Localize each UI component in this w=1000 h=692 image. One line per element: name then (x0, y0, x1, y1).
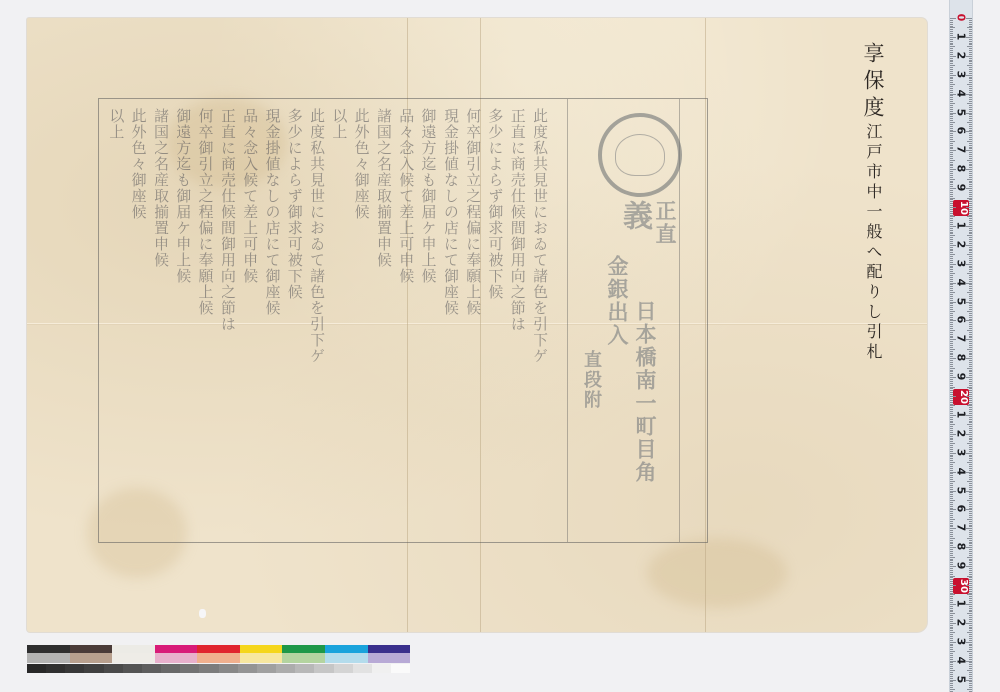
ruler-tick (969, 243, 972, 244)
ruler-tick (969, 116, 972, 117)
ruler-tick (969, 473, 972, 474)
ruler-tick (950, 249, 953, 250)
ruler-tick (950, 182, 953, 183)
ruler-tick (950, 319, 953, 320)
ruler-tick (950, 75, 956, 76)
ruler-tick (969, 534, 972, 535)
ruler-tick (969, 99, 972, 100)
ruler-tick (950, 320, 956, 321)
ruler-tick (969, 400, 972, 401)
ruler-tick (969, 222, 972, 223)
ruler-tick (969, 315, 972, 316)
ruler-tick (969, 498, 972, 499)
ruler-tick (969, 421, 972, 422)
ruler-tick (950, 283, 956, 284)
ruler-tick (969, 441, 972, 442)
ruler-tick (969, 562, 972, 563)
ruler-tick (950, 152, 953, 153)
ruler-tick (969, 213, 972, 214)
ruler-tick (950, 71, 953, 72)
ruler-tick (969, 627, 972, 628)
ruler-tick (950, 623, 956, 624)
ruler-tick (969, 250, 972, 251)
ruler-tick (950, 171, 953, 172)
ruler-tick (969, 354, 972, 355)
ruler-tick (969, 73, 972, 74)
ruler-tick (969, 356, 972, 357)
ruler-tick (950, 468, 953, 469)
ruler-tick (950, 92, 953, 93)
ruler-tick (950, 237, 953, 238)
ruler-tick (966, 358, 972, 359)
ruler-tick (969, 470, 972, 471)
ruler-tick (969, 54, 972, 55)
ruler-tick (969, 664, 972, 665)
ruler-tick (950, 190, 953, 191)
ruler-tick (950, 664, 953, 665)
ruler-tick (967, 311, 972, 312)
ruler-tick (966, 661, 972, 662)
ruler-tick (950, 447, 953, 448)
ruler-tick (969, 596, 972, 597)
ruler-tick (950, 20, 953, 21)
ruler-tick (969, 258, 972, 259)
ruler-tick (950, 343, 953, 344)
ruler-tick (969, 517, 972, 518)
ruler-tick (950, 188, 956, 189)
ruler-tick (950, 604, 956, 605)
ruler-tick (950, 177, 953, 178)
body-column: 多少によらず御求可被下候 (288, 108, 304, 528)
ruler-tick (950, 317, 953, 318)
ruler-tick (969, 288, 972, 289)
ruler-tick (969, 593, 972, 594)
body-text: 此度私共見世におゐて諸色を引下ゲ 正直に商売仕候間御用向之節は 多少によらず御求… (110, 108, 550, 528)
ruler-tick (969, 587, 972, 588)
ruler-tick (969, 294, 972, 295)
color-swatch (240, 645, 283, 653)
ruler-tick (966, 434, 972, 435)
body-column: 正直に商売仕候間御用向之節は (222, 108, 238, 528)
ruler-tick (969, 209, 972, 210)
ruler-tick (950, 63, 953, 64)
ruler-tick (969, 177, 972, 178)
color-swatch (70, 653, 113, 663)
ruler-tick (950, 192, 953, 193)
ruler-tick (950, 572, 953, 573)
ruler-tick (950, 262, 953, 263)
ruler-tick (966, 150, 972, 151)
ruler-tick (966, 509, 972, 510)
ruler-tick (969, 634, 972, 635)
ruler-tick (950, 370, 953, 371)
ruler-tick (967, 443, 972, 444)
ruler-tick (950, 464, 953, 465)
ruler-tick (969, 313, 972, 314)
ruler-tick (950, 294, 953, 295)
ruler-tick (969, 577, 972, 578)
ruler-tick (969, 645, 972, 646)
ruler-tick (969, 504, 972, 505)
ruler-tick (967, 273, 972, 274)
ruler-tick (950, 222, 953, 223)
ruler-tick (969, 190, 972, 191)
color-swatch (325, 653, 368, 663)
ruler-tick (969, 449, 972, 450)
gray-swatch (161, 664, 180, 673)
ruler-tick (969, 249, 972, 250)
ruler-tick (967, 330, 972, 331)
color-swatch (368, 645, 411, 653)
ruler-tick (969, 390, 972, 391)
ruler-tick (950, 258, 953, 259)
ruler-tick (969, 317, 972, 318)
gray-swatch (334, 664, 353, 673)
ruler-tick (969, 419, 972, 420)
ruler-tick (950, 417, 953, 418)
ruler-tick (967, 538, 972, 539)
ruler-tick (950, 668, 953, 669)
ruler-tick (950, 24, 953, 25)
ruler-tick (966, 207, 972, 208)
ruler-tick (967, 103, 972, 104)
ruler-tick (969, 655, 972, 656)
ruler-tick (969, 135, 972, 136)
ruler-tick (950, 598, 953, 599)
ruler-tick (950, 681, 953, 682)
ruler-tick (950, 264, 956, 265)
measuring-ruler: 012345678910123456789201234567893012345 (949, 0, 973, 692)
ruler-tick (950, 133, 953, 134)
ruler-tick (967, 46, 972, 47)
ruler-tick (969, 211, 972, 212)
ruler-tick (950, 564, 953, 565)
ruler-tick (950, 326, 953, 327)
ruler-tick (950, 489, 953, 490)
body-column: 何卒御引立之程偏に奉願上候 (467, 108, 483, 528)
ruler-tick (967, 613, 972, 614)
ruler-tick (950, 95, 953, 96)
ruler-tick (967, 179, 972, 180)
ruler-tick (969, 324, 972, 325)
ruler-tick (969, 322, 972, 323)
ruler-tick (969, 109, 972, 110)
ruler-tick (969, 617, 972, 618)
ruler-tick (969, 485, 972, 486)
ruler-tick (950, 562, 953, 563)
ruler-tick (966, 169, 972, 170)
ruler-tick (969, 194, 972, 195)
ruler-tick (969, 506, 972, 507)
ruler-tick (969, 233, 972, 234)
ruler-tick (950, 73, 953, 74)
ruler-tick (950, 271, 953, 272)
ruler-tick (950, 305, 953, 306)
ruler-tick (966, 680, 972, 681)
ruler-tick (969, 44, 972, 45)
ruler-tick (969, 422, 972, 423)
ruler-tick (969, 80, 972, 81)
ruler-tick (969, 579, 972, 580)
color-swatch (197, 645, 240, 653)
ruler-tick (950, 387, 955, 388)
ruler-tick (966, 226, 972, 227)
ruler-tick (969, 267, 972, 268)
ruler-tick (950, 396, 956, 397)
ruler-tick (969, 383, 972, 384)
ruler-tick (950, 139, 953, 140)
ruler-tick (967, 557, 972, 558)
ruler-tick (966, 377, 972, 378)
ruler-tick (950, 504, 953, 505)
ruler-tick (950, 113, 956, 114)
ruler-tick (950, 532, 953, 533)
body-column: 品々念入候て差上可申候 (244, 108, 260, 528)
ruler-tick (950, 194, 953, 195)
ruler-tick (969, 341, 972, 342)
ruler-tick (966, 623, 972, 624)
ruler-tick (969, 602, 972, 603)
ruler-tick (950, 354, 953, 355)
ruler-tick (969, 543, 972, 544)
ruler-tick (950, 576, 955, 577)
gray-swatch (27, 664, 46, 673)
gray-swatch (257, 664, 276, 673)
ruler-tick (969, 456, 972, 457)
ruler-tick (950, 298, 953, 299)
ruler-tick (967, 481, 972, 482)
ruler-tick (969, 426, 972, 427)
ruler-tick (969, 672, 972, 673)
ruler-tick (950, 336, 953, 337)
ruler-tick (950, 689, 955, 690)
ruler-tick (950, 37, 956, 38)
gray-swatch (180, 664, 199, 673)
ruler-tick (950, 566, 956, 567)
ruler-tick (950, 69, 953, 70)
ruler-tick (950, 687, 953, 688)
body-column: 現金掛値なしの店にて御座候 (266, 108, 282, 528)
ruler-tick (967, 651, 972, 652)
ruler-tick (950, 86, 953, 87)
ruler-tick (969, 147, 972, 148)
ruler-tick (969, 347, 972, 348)
ruler-tick (950, 211, 953, 212)
ruler-tick (950, 300, 953, 301)
ruler-tick (969, 559, 972, 560)
ruler-tick (969, 343, 972, 344)
ruler-tick (969, 203, 972, 204)
ruler-tick (969, 173, 972, 174)
ruler-tick (969, 43, 972, 44)
ruler-tick (969, 336, 972, 337)
ruler-tick (950, 167, 953, 168)
ruler-tick (967, 670, 972, 671)
ruler-tick (950, 600, 953, 601)
ruler-tick (950, 422, 953, 423)
ruler-tick (950, 245, 956, 246)
ruler-tick (950, 672, 953, 673)
ruler-tick (969, 353, 972, 354)
ruler-tick (950, 625, 953, 626)
ruler-tick (950, 483, 953, 484)
ruler-tick (950, 430, 953, 431)
ruler-tick (950, 589, 953, 590)
body-column: 現金掛値なしの店にて御座候 (445, 108, 461, 528)
ruler-tick (950, 226, 956, 227)
ruler-tick (969, 165, 972, 166)
title-column: 金銀出入 (602, 255, 632, 347)
ruler-tick (950, 364, 953, 365)
ruler-tick (950, 309, 953, 310)
ruler-tick (969, 107, 972, 108)
ruler-tick (966, 642, 972, 643)
ruler-tick (950, 630, 953, 631)
ruler-tick (950, 247, 953, 248)
ruler-tick (950, 150, 956, 151)
ruler-tick (950, 553, 953, 554)
ruler-tick (969, 657, 972, 658)
ruler-tick (969, 458, 972, 459)
ruler-tick (969, 82, 972, 83)
ruler-tick (950, 198, 955, 199)
ruler-tick (950, 35, 953, 36)
ruler-tick (950, 256, 953, 257)
ruler-tick (969, 182, 972, 183)
ruler-tick (950, 41, 953, 42)
ruler-tick (967, 387, 972, 388)
ruler-tick (969, 266, 972, 267)
ruler-tick (950, 445, 953, 446)
ruler-tick (969, 114, 972, 115)
ruler-tick (950, 568, 953, 569)
color-row-tint (27, 653, 410, 663)
ruler-tick (950, 574, 953, 575)
ruler-tick (969, 241, 972, 242)
ruler-tick (969, 307, 972, 308)
ruler-tick (966, 302, 972, 303)
ruler-tick (966, 56, 972, 57)
ruler-tick (950, 303, 953, 304)
ruler-tick (969, 286, 972, 287)
body-column: 御遠方迄も御届ケ申上候 (177, 108, 193, 528)
ruler-tick (967, 198, 972, 199)
ruler-tick (969, 298, 972, 299)
ruler-tick (969, 158, 972, 159)
stain (647, 538, 787, 608)
color-calibration-chart (27, 645, 410, 673)
ruler-tick (950, 509, 956, 510)
ruler-tick (950, 585, 956, 586)
ruler-tick (950, 56, 956, 57)
ruler-tick (969, 570, 972, 571)
ruler-tick (950, 281, 953, 282)
ruler-tick (969, 303, 972, 304)
ruler-tick (950, 97, 953, 98)
ruler-tick (966, 264, 972, 265)
ruler-tick (969, 375, 972, 376)
ruler-tick (950, 421, 953, 422)
ruler-tick (950, 209, 953, 210)
ruler-tick (969, 502, 972, 503)
ruler-tick (967, 594, 972, 595)
ruler-tick (969, 621, 972, 622)
ruler-tick (969, 644, 972, 645)
ruler-tick (969, 130, 972, 131)
ruler-tick (950, 120, 953, 121)
ruler-tick (969, 600, 972, 601)
ruler-tick (950, 477, 953, 478)
ruler-tick (950, 158, 953, 159)
ruler-tick (950, 498, 953, 499)
ruler-tick (950, 402, 953, 403)
gray-swatch (65, 664, 84, 673)
ruler-tick (950, 148, 953, 149)
ruler-tick (950, 409, 953, 410)
ruler-tick (969, 525, 972, 526)
ruler-tick (969, 394, 972, 395)
ruler-tick (966, 339, 972, 340)
ruler-tick (969, 445, 972, 446)
ruler-tick (950, 164, 953, 165)
ruler-tick (950, 549, 953, 550)
body-column: 此度私共見世におゐて諸色を引下ゲ (534, 108, 550, 528)
ruler-tick (950, 543, 953, 544)
ruler-tick (950, 239, 953, 240)
ruler-tick (969, 659, 972, 660)
gray-swatch (46, 664, 65, 673)
ruler-tick (950, 473, 953, 474)
ruler-tick (950, 591, 953, 592)
ruler-tick (969, 494, 972, 495)
ruler-tick (967, 405, 972, 406)
ruler-tick (969, 536, 972, 537)
ruler-tick (950, 455, 953, 456)
ruler-tick (969, 532, 972, 533)
ruler-tick (950, 213, 953, 214)
ruler-tick (950, 680, 956, 681)
ruler-tick (969, 468, 972, 469)
ruler-tick (967, 254, 972, 255)
ruler-tick (969, 31, 972, 32)
ruler-tick (950, 31, 953, 32)
crest-motif (615, 134, 665, 176)
ruler-tick (969, 218, 972, 219)
ruler-tick (950, 638, 953, 639)
ruler-tick (966, 113, 972, 114)
ruler-tick (950, 377, 956, 378)
ruler-tick (967, 84, 972, 85)
ruler-tick (950, 491, 956, 492)
ruler-tick (969, 61, 972, 62)
ruler-tick (967, 235, 972, 236)
ruler-tick (950, 436, 953, 437)
ruler-tick (969, 48, 972, 49)
ruler-tick (969, 379, 972, 380)
ruler-tick (950, 52, 953, 53)
ruler-tick (950, 173, 953, 174)
ruler-tick (950, 94, 956, 95)
ruler-tick (966, 604, 972, 605)
ruler-tick (950, 232, 953, 233)
ruler-tick (950, 383, 953, 384)
ruler-tick (950, 302, 956, 303)
ruler-tick (950, 126, 953, 127)
body-column: 諸国之名産取揃置申候 (378, 108, 394, 528)
ruler-tick (950, 218, 953, 219)
title-column: 直段附 (578, 350, 604, 410)
color-swatch (368, 653, 411, 663)
